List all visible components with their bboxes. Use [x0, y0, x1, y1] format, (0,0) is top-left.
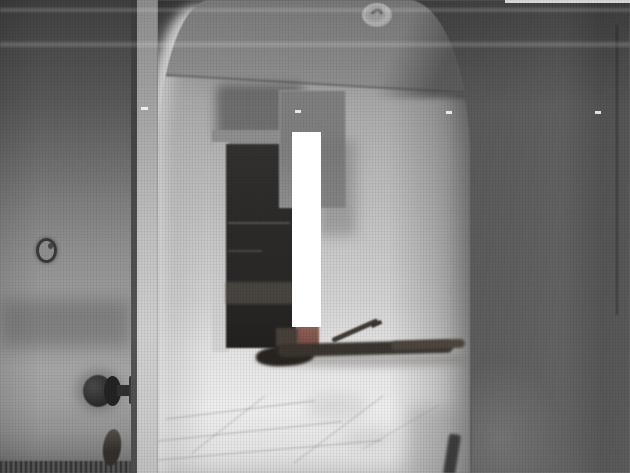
white-speck: [446, 111, 452, 114]
white-speck: [141, 107, 148, 110]
photo-stage: [0, 0, 630, 473]
white-speck: [295, 110, 301, 113]
redaction-bar: [292, 132, 321, 327]
white-speck: [595, 111, 601, 114]
